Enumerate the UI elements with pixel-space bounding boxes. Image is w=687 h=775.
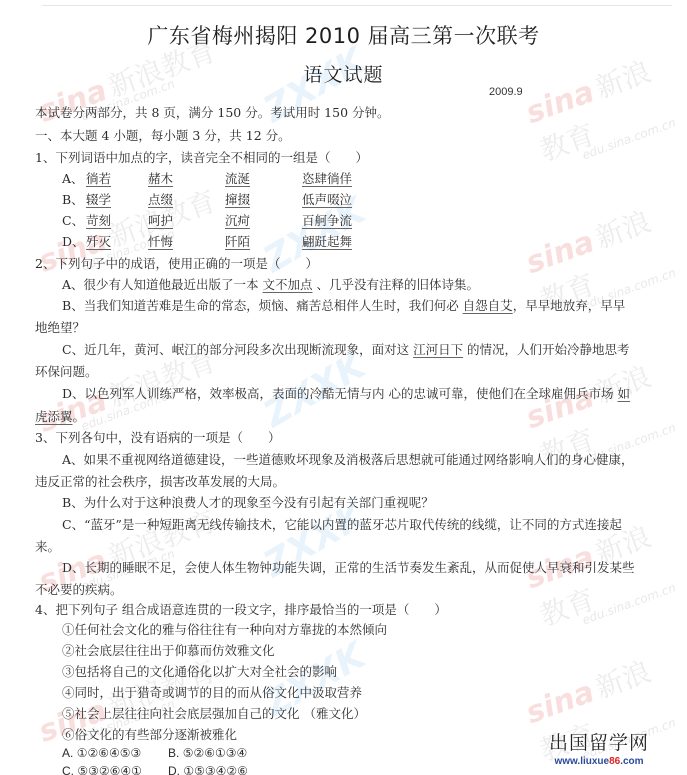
question-3-option-a-cont: 违反正常的社会秩序，损害改革发展的大局。 [35, 472, 285, 490]
idiom: 自怨自艾 [463, 298, 513, 313]
site-name: 出国留学网 [549, 728, 649, 755]
answer-c[interactable]: C. ⑤③②⑥④① [62, 764, 142, 775]
question-2-option-d-cont: 虎添翼。 [35, 407, 85, 425]
question-3-option-d: D、长期的睡眠不足，会使人体生物钟功能失调，正常的生活节奏发生紊乱，从而促使人早… [62, 558, 635, 576]
answer-d[interactable]: D. ①⑤③④②⑥ [168, 764, 248, 775]
question-3-option-d-cont: 不必要的疾病。 [35, 580, 123, 598]
question-2-option-b: B、当我们知道苦难是生命的常态，烦恼、痛苦总相伴人生时，我们何必 自怨自艾，早早… [62, 296, 625, 314]
question-3-option-a: A、如果不重视网络道德建设，一些道德败坏现象及消极落后思想就可能通过网络影响人们… [62, 450, 634, 468]
exam-subtitle: 语文试题 [0, 60, 687, 87]
site-url[interactable]: www.liuxue86.com [549, 756, 649, 767]
question-2-option-a: A、很少有人知道他最近出版了一本 文不加点 、几乎没有注释的旧体诗集。 [62, 275, 479, 293]
answer-b[interactable]: B. ⑤②⑥①③④ [168, 746, 247, 760]
question-4-sentence-3: ③包括将自己的文化通俗化以扩大对全社会的影响 [62, 662, 337, 680]
footer-logo: 出国留学网 www.liuxue86.com [549, 728, 649, 767]
question-2-option-b-cont: 地绝望？ [35, 318, 85, 336]
question-4-sentence-5: ⑤社会上层往往向社会底层强加自己的文化 （雅文化） [62, 704, 366, 722]
scan-top-border [42, 5, 672, 6]
question-4-sentence-1: ①任何社会文化的雅与俗往往有一种向对方靠拢的本然倾向 [62, 620, 387, 638]
sina-logo-icon: sina [521, 674, 599, 731]
question-3-option-c-cont: 来。 [35, 537, 60, 555]
answer-a[interactable]: A. ①②⑥④⑤③ [62, 746, 141, 760]
question-3-stem: 3、下列各句中，没有语病的一项是（ ） [35, 428, 280, 446]
exam-date: 2009.9 [489, 86, 523, 98]
question-3-option-b: B、为什么对于这种浪费人才的现象至今没有引起有关部门重视呢？ [62, 493, 434, 511]
sina-logo-icon: sina [521, 224, 599, 281]
idiom: 文不加点 [263, 277, 313, 292]
question-4-sentence-4: ④同时，出于猎奇或调节的目的而从俗文化中汲取营养 [62, 683, 362, 701]
question-3-option-c: C、“蓝牙”是一种短距离无线传输技术，它能以内置的蓝牙芯片取代传统的线缆，让不同… [62, 515, 622, 533]
exam-title: 广东省梅州揭阳 2010 届高三第一次联考 [0, 20, 687, 50]
idiom: 江河日下 [413, 342, 463, 357]
question-2-option-c-cont: 环保问题。 [35, 362, 98, 380]
exam-instructions: 本试卷分两部分，共 8 页，满分 150 分。考试用时 150 分钟。 [35, 103, 390, 121]
section-heading: 一、本大题 4 小题，每小题 3 分，共 12 分。 [35, 126, 291, 144]
question-2-option-c: C、近几年，黄河、岷江的部分河段多次出现断流现象，面对这 江河日下 的情况，人们… [62, 340, 630, 358]
idiom: 如 [617, 386, 630, 401]
question-4-stem: 4、把下列句子 组合成语意连贯的一段文字，排序最恰当的一项是（ ） [35, 600, 447, 618]
question-1-stem: 1、下列词语中加点的字，读音完全不相同的一组是（ ） [35, 148, 368, 166]
question-2-option-d: D、以色列军人训练严格，效率极高，表面的冷酷无情与内 心的忠诚可靠，使他们在全球… [62, 384, 630, 402]
question-4-sentence-2: ②社会底层往往出于仰慕而仿效雅文化 [62, 641, 275, 659]
question-2-stem: 2、下列句子中的成语，使用正确的一项是（ ） [35, 254, 318, 272]
